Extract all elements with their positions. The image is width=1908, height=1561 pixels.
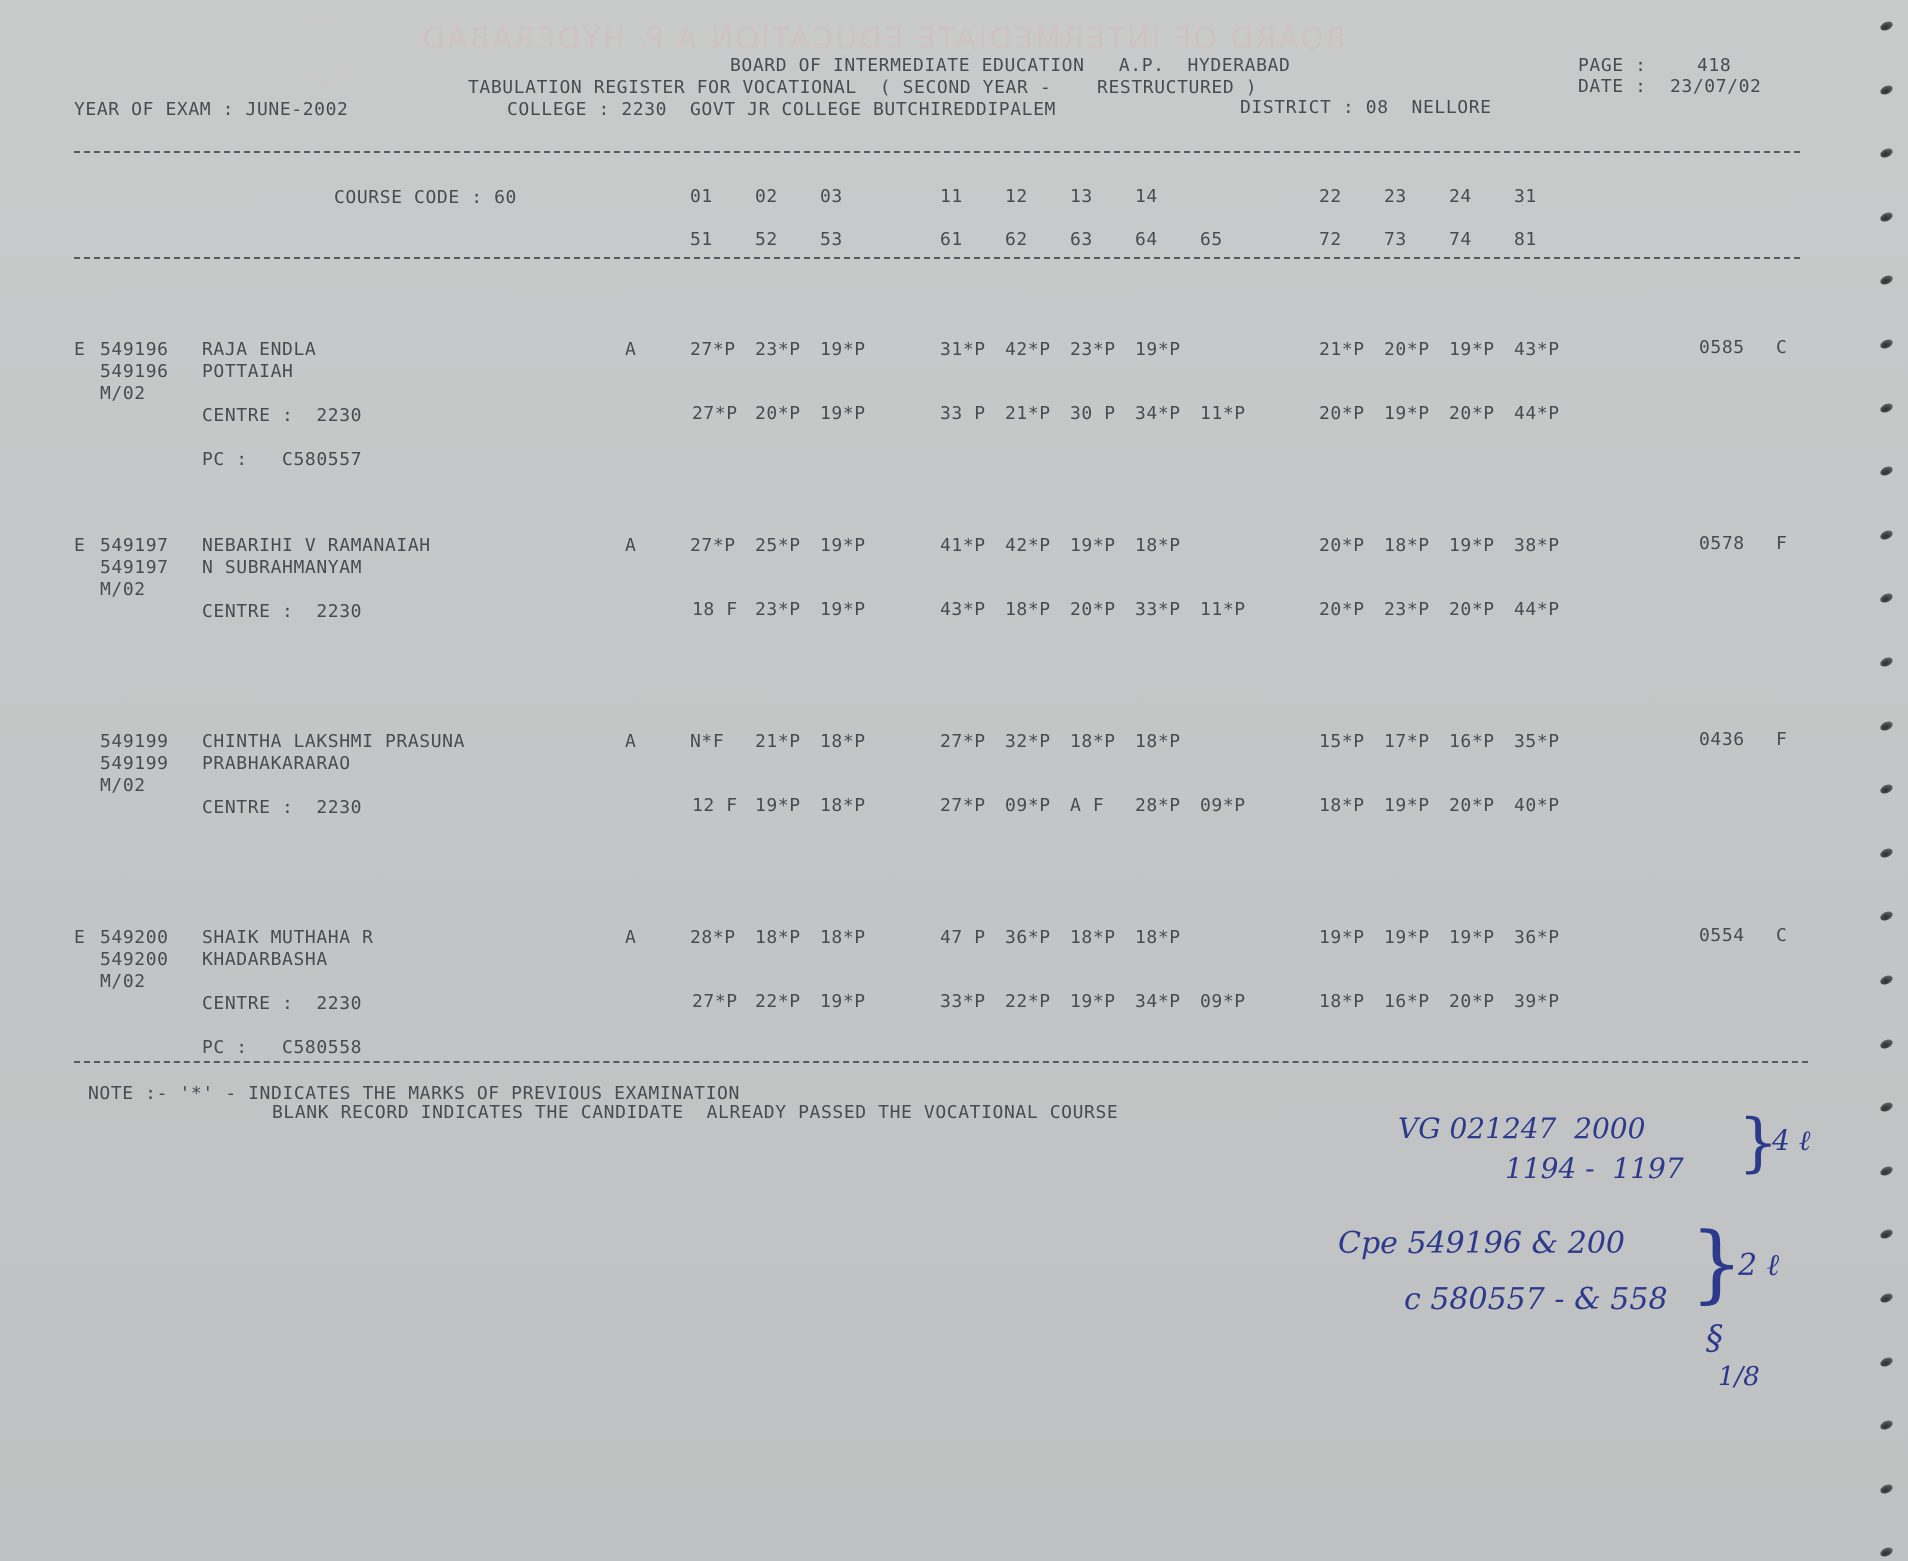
first-year-mark: 42*P bbox=[1005, 340, 1051, 360]
first-year-mark: 18*P bbox=[1070, 732, 1116, 752]
ghost-bleed-text: BOARD OF INTERMEDIATE EDUCATION A.P. HYD… bbox=[420, 22, 1346, 57]
first-year-mark: 18*P bbox=[1135, 732, 1181, 752]
col-61: 61 bbox=[940, 230, 963, 250]
ghost-seal-icon bbox=[290, 18, 354, 82]
perforation-hole-icon bbox=[1879, 910, 1894, 923]
col-53: 53 bbox=[820, 230, 843, 250]
first-year-mark: 19*P bbox=[1449, 536, 1495, 556]
perforation-hole-icon bbox=[1879, 83, 1894, 96]
first-year-mark: 27*P bbox=[690, 536, 736, 556]
result-code: C bbox=[1776, 926, 1787, 946]
record-prefix: E bbox=[74, 536, 85, 556]
father-name: POTTAIAH bbox=[202, 362, 294, 382]
first-year-mark: 23*P bbox=[755, 340, 801, 360]
second-year-mark: 23*P bbox=[755, 600, 801, 620]
second-year-mark: 18*P bbox=[1005, 600, 1051, 620]
centre-code: CENTRE : 2230 bbox=[202, 602, 362, 622]
first-year-mark: 18*P bbox=[820, 732, 866, 752]
first-year-mark: 19*P bbox=[1319, 928, 1365, 948]
second-year-mark: 20*P bbox=[1319, 404, 1365, 424]
father-name: KHADARBASHA bbox=[202, 950, 328, 970]
centre-code: CENTRE : 2230 bbox=[202, 798, 362, 818]
perforation-hole-icon bbox=[1879, 1546, 1894, 1559]
col-63: 63 bbox=[1070, 230, 1093, 250]
first-year-mark: 27*P bbox=[940, 732, 986, 752]
perforation-hole-icon bbox=[1879, 338, 1894, 351]
medium-code: A bbox=[625, 536, 636, 556]
second-year-mark: 22*P bbox=[755, 992, 801, 1012]
second-year-mark: A F bbox=[1070, 796, 1104, 816]
sex-year: M/02 bbox=[100, 972, 146, 992]
first-year-mark: 19*P bbox=[1384, 928, 1430, 948]
date-label: DATE : bbox=[1578, 77, 1647, 97]
first-year-mark: 43*P bbox=[1514, 340, 1560, 360]
second-year-mark: 30 P bbox=[1070, 404, 1116, 424]
note-line-1: NOTE :- '*' - INDICATES THE MARKS OF PRE… bbox=[88, 1084, 740, 1104]
col-52: 52 bbox=[755, 230, 778, 250]
col-81: 81 bbox=[1514, 230, 1537, 250]
col-62: 62 bbox=[1005, 230, 1028, 250]
pc-number: PC : C580557 bbox=[202, 450, 362, 470]
first-year-mark: 35*P bbox=[1514, 732, 1560, 752]
col-11: 11 bbox=[940, 187, 963, 207]
perforation-hole-icon bbox=[1879, 401, 1894, 414]
second-year-mark: 22*P bbox=[1005, 992, 1051, 1012]
sex-year: M/02 bbox=[100, 776, 146, 796]
second-year-mark: 33*P bbox=[940, 992, 986, 1012]
first-year-mark: N*F bbox=[690, 732, 724, 752]
second-year-mark: 33 P bbox=[940, 404, 986, 424]
first-year-mark: 21*P bbox=[1319, 340, 1365, 360]
candidate-name: CHINTHA LAKSHMI PRASUNA bbox=[202, 732, 465, 752]
first-year-mark: 18*P bbox=[1070, 928, 1116, 948]
pc-number: PC : C580558 bbox=[202, 1038, 362, 1058]
medium-code: A bbox=[625, 340, 636, 360]
first-year-mark: 32*P bbox=[1005, 732, 1051, 752]
perforation-hole-icon bbox=[1879, 719, 1894, 732]
hall-ticket-number: 549197 bbox=[100, 536, 169, 556]
col-13: 13 bbox=[1070, 187, 1093, 207]
handwritten-tag-2: 2 ℓ bbox=[1738, 1248, 1779, 1283]
candidate-name: SHAIK MUTHAHA R bbox=[202, 928, 374, 948]
second-year-mark: 33*P bbox=[1135, 600, 1181, 620]
second-year-mark: 19*P bbox=[1384, 796, 1430, 816]
candidate-name: NEBARIHI V RAMANAIAH bbox=[202, 536, 431, 556]
second-year-mark: 27*P bbox=[692, 404, 738, 424]
second-year-mark: 18*P bbox=[820, 796, 866, 816]
second-year-mark: 20*P bbox=[755, 404, 801, 424]
second-year-mark: 27*P bbox=[692, 992, 738, 1012]
first-year-mark: 19*P bbox=[820, 536, 866, 556]
second-year-mark: 19*P bbox=[755, 796, 801, 816]
first-year-mark: 18*P bbox=[1135, 928, 1181, 948]
perforation-hole-icon bbox=[1879, 20, 1894, 33]
perforation-hole-icon bbox=[1879, 592, 1894, 605]
registration-number: 549200 bbox=[100, 950, 169, 970]
total-marks: 0436 bbox=[1699, 730, 1745, 750]
second-year-mark: 20*P bbox=[1449, 992, 1495, 1012]
first-year-mark: 15*P bbox=[1319, 732, 1365, 752]
result-code: F bbox=[1776, 730, 1787, 750]
second-year-mark: 19*P bbox=[1070, 992, 1116, 1012]
divider bbox=[74, 151, 1800, 153]
second-year-mark: 39*P bbox=[1514, 992, 1560, 1012]
first-year-mark: 19*P bbox=[1135, 340, 1181, 360]
second-year-mark: 18*P bbox=[1319, 796, 1365, 816]
col-02: 02 bbox=[755, 187, 778, 207]
first-year-mark: 19*P bbox=[1449, 340, 1495, 360]
hall-ticket-number: 549199 bbox=[100, 732, 169, 752]
perforation-hole-icon bbox=[1879, 1037, 1894, 1050]
first-year-mark: 23*P bbox=[1070, 340, 1116, 360]
perforation-hole-icon bbox=[1879, 1292, 1894, 1305]
col-14: 14 bbox=[1135, 187, 1158, 207]
col-73: 73 bbox=[1384, 230, 1407, 250]
registration-number: 549199 bbox=[100, 754, 169, 774]
second-year-mark: 19*P bbox=[820, 600, 866, 620]
father-name: N SUBRAHMANYAM bbox=[202, 558, 362, 578]
perforation-hole-icon bbox=[1879, 528, 1894, 541]
second-year-mark: 20*P bbox=[1449, 600, 1495, 620]
col-72: 72 bbox=[1319, 230, 1342, 250]
first-year-mark: 31*P bbox=[940, 340, 986, 360]
perforation-hole-icon bbox=[1879, 147, 1894, 160]
first-year-mark: 19*P bbox=[1449, 928, 1495, 948]
handwritten-ref-line-1: VG 021247 2000 bbox=[1398, 1112, 1645, 1145]
total-marks: 0578 bbox=[1699, 534, 1745, 554]
candidate-name: RAJA ENDLA bbox=[202, 340, 316, 360]
col-22: 22 bbox=[1319, 187, 1342, 207]
date-value: 23/07/02 bbox=[1670, 77, 1762, 97]
second-year-mark: 21*P bbox=[1005, 404, 1051, 424]
col-65: 65 bbox=[1200, 230, 1223, 250]
perforation-hole-icon bbox=[1879, 656, 1894, 669]
first-year-mark: 47 P bbox=[940, 928, 986, 948]
second-year-mark: 09*P bbox=[1200, 796, 1246, 816]
year-of-exam: YEAR OF EXAM : JUNE-2002 bbox=[74, 100, 349, 120]
first-year-mark: 18*P bbox=[820, 928, 866, 948]
result-code: C bbox=[1776, 338, 1787, 358]
college-info: COLLEGE : 2230 GOVT JR COLLEGE BUTCHIRED… bbox=[507, 100, 1056, 120]
perforation-hole-icon bbox=[1879, 846, 1894, 859]
course-code: COURSE CODE : 60 bbox=[334, 188, 517, 208]
record-prefix: E bbox=[74, 340, 85, 360]
second-year-mark: 40*P bbox=[1514, 796, 1560, 816]
col-23: 23 bbox=[1384, 187, 1407, 207]
medium-code: A bbox=[625, 732, 636, 752]
col-74: 74 bbox=[1449, 230, 1472, 250]
first-year-mark: 20*P bbox=[1384, 340, 1430, 360]
perforation-hole-icon bbox=[1879, 1419, 1894, 1432]
second-year-mark: 19*P bbox=[820, 404, 866, 424]
first-year-mark: 18*P bbox=[755, 928, 801, 948]
note-line-2: BLANK RECORD INDICATES THE CANDIDATE ALR… bbox=[272, 1103, 1118, 1123]
divider bbox=[74, 1061, 1808, 1063]
second-year-mark: 09*P bbox=[1005, 796, 1051, 816]
perforation-hole-icon bbox=[1879, 1101, 1894, 1114]
total-marks: 0585 bbox=[1699, 338, 1745, 358]
second-year-mark: 20*P bbox=[1449, 404, 1495, 424]
second-year-mark: 34*P bbox=[1135, 404, 1181, 424]
second-year-mark: 20*P bbox=[1449, 796, 1495, 816]
handwritten-ref-line-3: Cpe 549196 & 200 bbox=[1338, 1226, 1625, 1261]
handwritten-tag-1: 4 ℓ bbox=[1772, 1124, 1810, 1158]
result-code: F bbox=[1776, 534, 1787, 554]
hall-ticket-number: 549200 bbox=[100, 928, 169, 948]
second-year-mark: 20*P bbox=[1319, 600, 1365, 620]
first-year-mark: 27*P bbox=[690, 340, 736, 360]
perforation-hole-icon bbox=[1879, 1228, 1894, 1241]
col-64: 64 bbox=[1135, 230, 1158, 250]
record-prefix: E bbox=[74, 928, 85, 948]
col-01: 01 bbox=[690, 187, 713, 207]
hall-ticket-number: 549196 bbox=[100, 340, 169, 360]
page-label: PAGE : bbox=[1578, 56, 1647, 76]
col-03: 03 bbox=[820, 187, 843, 207]
col-12: 12 bbox=[1005, 187, 1028, 207]
second-year-mark: 19*P bbox=[1384, 404, 1430, 424]
district-info: DISTRICT : 08 NELLORE bbox=[1240, 98, 1492, 118]
second-year-mark: 12 F bbox=[692, 796, 738, 816]
handwritten-date: 1/8 bbox=[1718, 1362, 1760, 1392]
perforation-hole-icon bbox=[1879, 274, 1894, 287]
second-year-mark: 11*P bbox=[1200, 404, 1246, 424]
medium-code: A bbox=[625, 928, 636, 948]
col-31: 31 bbox=[1514, 187, 1537, 207]
first-year-mark: 18*P bbox=[1384, 536, 1430, 556]
perforation-hole-icon bbox=[1879, 465, 1894, 478]
centre-code: CENTRE : 2230 bbox=[202, 406, 362, 426]
col-51: 51 bbox=[690, 230, 713, 250]
first-year-mark: 38*P bbox=[1514, 536, 1560, 556]
first-year-mark: 21*P bbox=[755, 732, 801, 752]
second-year-mark: 16*P bbox=[1384, 992, 1430, 1012]
perforation-hole-icon bbox=[1879, 1164, 1894, 1177]
second-year-mark: 19*P bbox=[820, 992, 866, 1012]
second-year-mark: 43*P bbox=[940, 600, 986, 620]
first-year-mark: 17*P bbox=[1384, 732, 1430, 752]
second-year-mark: 27*P bbox=[940, 796, 986, 816]
first-year-mark: 19*P bbox=[1070, 536, 1116, 556]
register-title: TABULATION REGISTER FOR VOCATIONAL ( SEC… bbox=[468, 78, 1257, 98]
centre-code: CENTRE : 2230 bbox=[202, 994, 362, 1014]
registration-number: 549197 bbox=[100, 558, 169, 578]
first-year-mark: 36*P bbox=[1005, 928, 1051, 948]
second-year-mark: 23*P bbox=[1384, 600, 1430, 620]
second-year-mark: 44*P bbox=[1514, 404, 1560, 424]
second-year-mark: 09*P bbox=[1200, 992, 1246, 1012]
first-year-mark: 18*P bbox=[1135, 536, 1181, 556]
first-year-mark: 19*P bbox=[820, 340, 866, 360]
perforation-hole-icon bbox=[1879, 1482, 1894, 1495]
first-year-mark: 20*P bbox=[1319, 536, 1365, 556]
second-year-mark: 44*P bbox=[1514, 600, 1560, 620]
second-year-mark: 18*P bbox=[1319, 992, 1365, 1012]
second-year-mark: 34*P bbox=[1135, 992, 1181, 1012]
second-year-mark: 20*P bbox=[1070, 600, 1116, 620]
father-name: PRABHAKARARAO bbox=[202, 754, 351, 774]
second-year-mark: 11*P bbox=[1200, 600, 1246, 620]
second-year-mark: 18 F bbox=[692, 600, 738, 620]
first-year-mark: 42*P bbox=[1005, 536, 1051, 556]
perforation-hole-icon bbox=[1879, 210, 1894, 223]
perforation-hole-icon bbox=[1879, 1355, 1894, 1368]
first-year-mark: 25*P bbox=[755, 536, 801, 556]
col-24: 24 bbox=[1449, 187, 1472, 207]
signature-initials-icon: § bbox=[1706, 1318, 1723, 1358]
handwritten-ref-line-4: c 580557 - & 558 bbox=[1404, 1282, 1668, 1317]
second-year-mark: 28*P bbox=[1135, 796, 1181, 816]
page-number: 418 bbox=[1697, 56, 1731, 76]
handwritten-ref-line-2: 1194 - 1197 bbox=[1505, 1152, 1684, 1185]
first-year-mark: 16*P bbox=[1449, 732, 1495, 752]
board-title: BOARD OF INTERMEDIATE EDUCATION A.P. HYD… bbox=[730, 56, 1290, 76]
total-marks: 0554 bbox=[1699, 926, 1745, 946]
first-year-mark: 41*P bbox=[940, 536, 986, 556]
sex-year: M/02 bbox=[100, 580, 146, 600]
sex-year: M/02 bbox=[100, 384, 146, 404]
first-year-mark: 36*P bbox=[1514, 928, 1560, 948]
perforation-hole-icon bbox=[1879, 783, 1894, 796]
tabulation-register-sheet: BOARD OF INTERMEDIATE EDUCATION A.P. HYD… bbox=[0, 0, 1908, 1561]
registration-number: 549196 bbox=[100, 362, 169, 382]
brace-icon: } bbox=[1690, 1218, 1743, 1308]
first-year-mark: 28*P bbox=[690, 928, 736, 948]
divider bbox=[74, 257, 1800, 259]
perforation-hole-icon bbox=[1879, 974, 1894, 987]
